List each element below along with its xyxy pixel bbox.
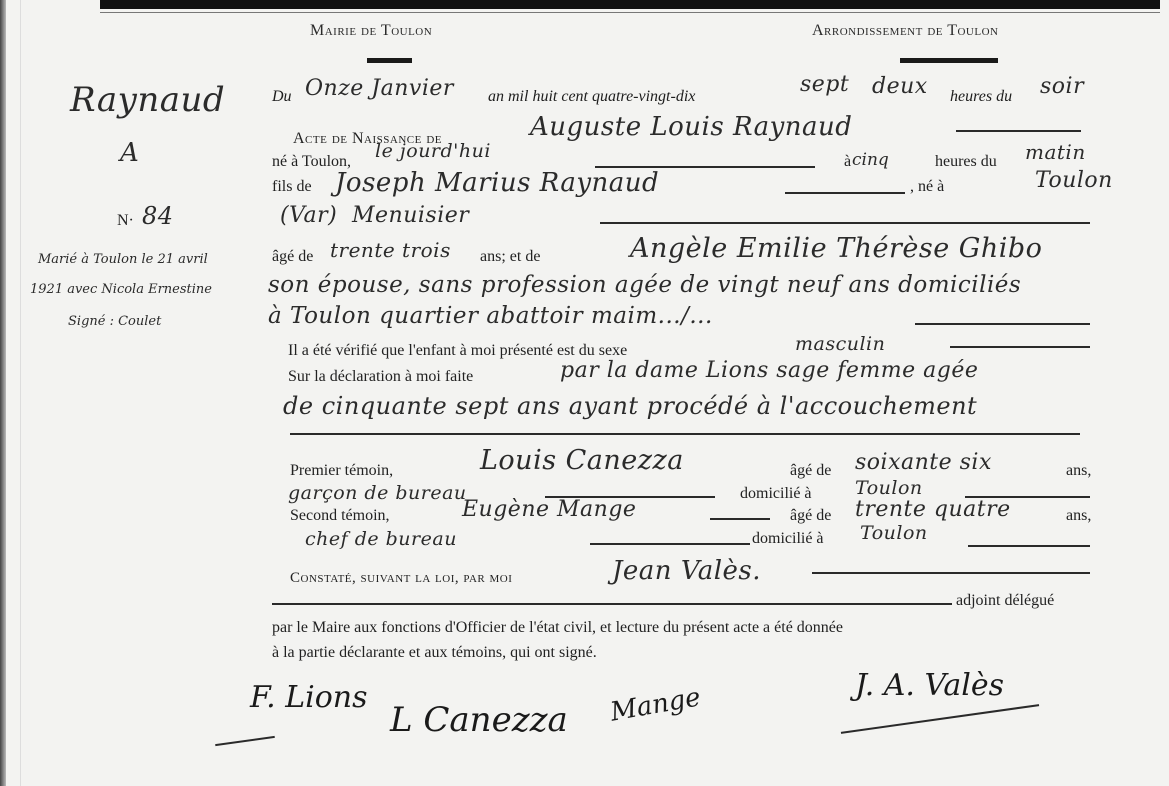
father-birthplace: Toulon bbox=[1035, 168, 1113, 193]
fill-line bbox=[600, 222, 1090, 224]
second-witness-label: Second témoin, bbox=[290, 507, 390, 525]
year-handwritten: sept bbox=[800, 72, 849, 97]
fill-line bbox=[812, 572, 1090, 574]
hour-handwritten: deux bbox=[872, 74, 928, 99]
fill-line bbox=[710, 518, 770, 520]
heures-du-label: heures du bbox=[935, 153, 997, 171]
adjoint-label: adjoint délégué bbox=[956, 592, 1054, 610]
margin-surname: Raynaud bbox=[70, 80, 225, 120]
ans-et-label: ans; et de bbox=[480, 248, 540, 266]
fill-line bbox=[290, 433, 1080, 435]
mother-name: Angèle Emilie Thérèse Ghibo bbox=[630, 233, 1042, 264]
header-left-rule bbox=[367, 58, 412, 63]
mother-description: son épouse, sans profession agée de ving… bbox=[268, 272, 1021, 298]
father-name: Joseph Marius Raynaud bbox=[335, 168, 659, 198]
fill-line bbox=[590, 543, 750, 545]
second-witness-domicile: Toulon bbox=[860, 522, 928, 544]
father-age: trente trois bbox=[330, 238, 451, 262]
a-label: à bbox=[844, 153, 851, 171]
year-printed: an mil huit cent quatre-vingt-dix bbox=[488, 88, 695, 106]
signature-first-witness: L Canezza bbox=[390, 700, 568, 740]
parents-address: à Toulon quartier abattoir maim.../... bbox=[268, 303, 713, 329]
header-bar bbox=[100, 0, 1160, 9]
header-right: Arrondissement de Toulon bbox=[812, 22, 998, 40]
first-witness-domicile: Toulon bbox=[855, 477, 923, 499]
fill-line bbox=[968, 545, 1090, 547]
fill-line bbox=[950, 346, 1090, 348]
record-number: 84 bbox=[142, 202, 174, 230]
day-handwritten: Onze Janvier bbox=[305, 76, 454, 101]
signature-declarant: F. Lions bbox=[250, 680, 368, 715]
first-witness-job: garçon de bureau bbox=[288, 482, 467, 504]
first-domicile-label: domicilié à bbox=[740, 485, 812, 503]
child-sex: masculin bbox=[795, 333, 885, 355]
declaration-label: Sur la déclaration à moi faite bbox=[288, 368, 473, 386]
fill-line bbox=[956, 130, 1081, 132]
scan-edge bbox=[0, 0, 6, 786]
header-right-rule bbox=[900, 58, 998, 63]
second-witness-age: trente quatre bbox=[855, 497, 1011, 522]
ne-a-father-label: , né à bbox=[910, 178, 944, 196]
officer-name: Jean Valès. bbox=[612, 556, 761, 586]
second-witness-name: Eugène Mange bbox=[462, 497, 636, 522]
marginal-note-3: Signé : Coulet bbox=[68, 314, 161, 329]
age-label: âgé de bbox=[272, 248, 313, 266]
signature-officer: J. A. Valès bbox=[855, 668, 1004, 703]
birth-when: le jourd'hui bbox=[375, 140, 491, 162]
header-rule bbox=[100, 12, 1160, 13]
marginal-note-2: 1921 avec Nicola Ernestine bbox=[30, 282, 212, 297]
fils-de-label: fils de bbox=[272, 178, 312, 196]
signature-flourish bbox=[841, 704, 1039, 734]
second-age-label: âgé de bbox=[790, 507, 831, 525]
first-witness-age: soixante six bbox=[855, 450, 992, 475]
fill-line bbox=[915, 323, 1090, 325]
first-witness-name: Louis Canezza bbox=[480, 445, 684, 476]
father-profession: Menuisier bbox=[352, 203, 469, 228]
birth-hour: cinq bbox=[852, 150, 889, 170]
first-witness-label: Premier témoin, bbox=[290, 462, 393, 480]
second-domicile-label: domicilié à bbox=[752, 530, 824, 548]
margin-initial: A bbox=[120, 138, 139, 168]
first-age-label: âgé de bbox=[790, 462, 831, 480]
header-left: Mairie de Toulon bbox=[310, 22, 432, 40]
fill-line bbox=[272, 603, 952, 605]
number-label: N· bbox=[117, 212, 134, 230]
marginal-note-1: Marié à Toulon le 21 avril bbox=[38, 252, 208, 267]
declarant-continued: de cinquante sept ans ayant procédé à l'… bbox=[283, 392, 977, 420]
child-name: Auguste Louis Raynaud bbox=[530, 112, 852, 142]
du-label: Du bbox=[272, 88, 292, 106]
signature-second-witness: Mange bbox=[608, 682, 703, 727]
heures-label: heures du bbox=[950, 88, 1012, 106]
declarant: par la dame Lions sage femme agée bbox=[560, 358, 978, 383]
page-fold bbox=[20, 0, 21, 786]
constate-label: Constaté, suivant la loi, par moi bbox=[290, 570, 512, 587]
signature-flourish bbox=[215, 736, 275, 746]
second-ans-label: ans, bbox=[1066, 507, 1091, 525]
fill-line bbox=[785, 192, 905, 194]
period-handwritten: soir bbox=[1040, 74, 1084, 99]
birth-period: matin bbox=[1025, 140, 1086, 164]
closing-text-line1: par le Maire aux fonctions d'Officier de… bbox=[272, 619, 843, 637]
second-witness-job: chef de bureau bbox=[305, 528, 457, 550]
closing-text-line2: à la partie déclarante et aux témoins, q… bbox=[272, 644, 597, 662]
father-dept: (Var) bbox=[280, 203, 337, 228]
first-ans-label: ans, bbox=[1066, 462, 1091, 480]
